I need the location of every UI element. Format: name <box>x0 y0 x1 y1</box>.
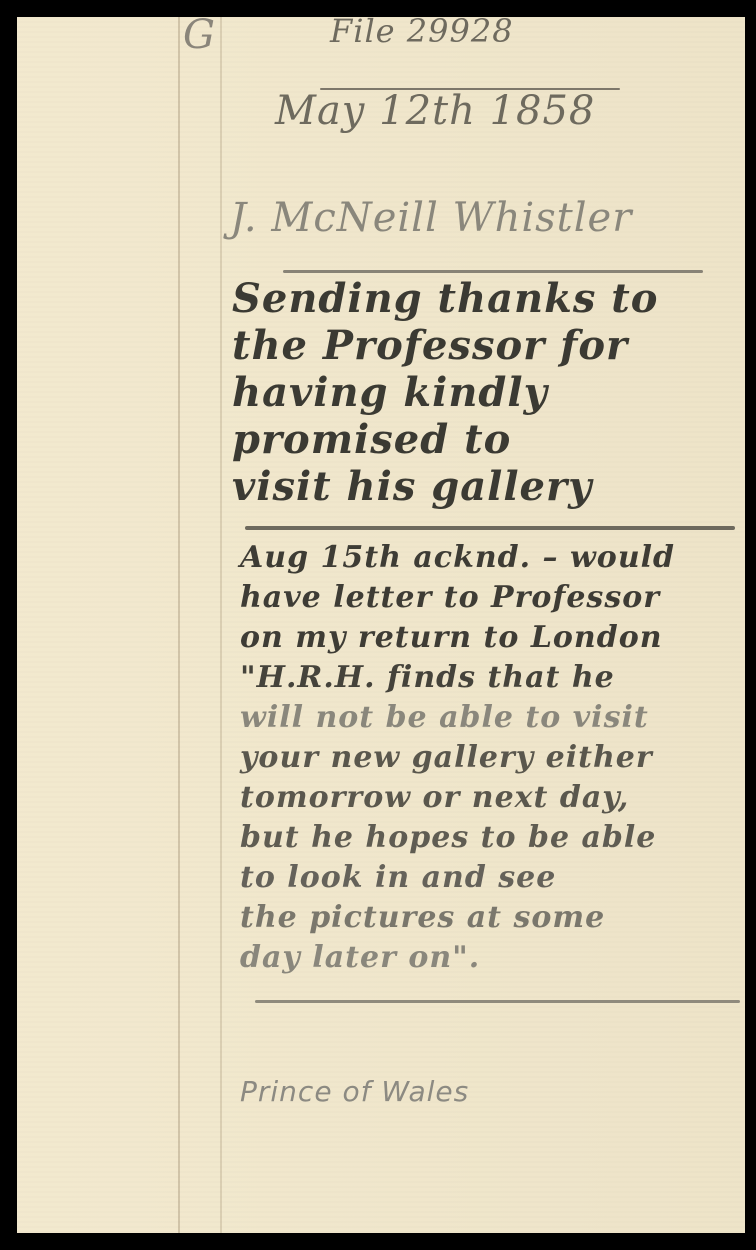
note-line: but he hopes to be able <box>240 820 656 855</box>
fold-line-left <box>178 17 180 1233</box>
note-line: tomorrow or next day, <box>240 780 629 815</box>
note-line: will not be able to visit <box>240 700 649 735</box>
note-line: the pictures at some <box>240 900 605 935</box>
pencil-annotation: Prince of Wales <box>240 1075 469 1108</box>
corner-mark: G <box>183 12 215 58</box>
note-line: on my return to London <box>240 620 663 655</box>
divider-under-note <box>255 1000 740 1003</box>
summary-line: Sending thanks to <box>232 275 658 322</box>
file-reference: File 29928 <box>330 12 514 50</box>
note-line: "H.R.H. finds that he <box>240 660 615 695</box>
summary-line: promised to <box>232 416 511 463</box>
divider-under-name <box>283 270 703 273</box>
summary-line: visit his gallery <box>232 463 592 510</box>
note-line: your new gallery either <box>240 740 653 775</box>
fold-line-right <box>220 17 222 1233</box>
date-heading: May 12th 1858 <box>275 88 595 134</box>
note-line: to look in and see <box>240 860 556 895</box>
note-line: day later on". <box>240 940 480 975</box>
subject-name: J. McNeill Whistler <box>230 195 632 241</box>
note-line: have letter to Professor <box>240 580 660 615</box>
divider-under-summary <box>245 526 735 530</box>
note-line: Aug 15th acknd. – would <box>240 540 675 575</box>
summary-line: the Professor for <box>232 322 628 369</box>
summary-line: having kindly <box>232 369 548 416</box>
